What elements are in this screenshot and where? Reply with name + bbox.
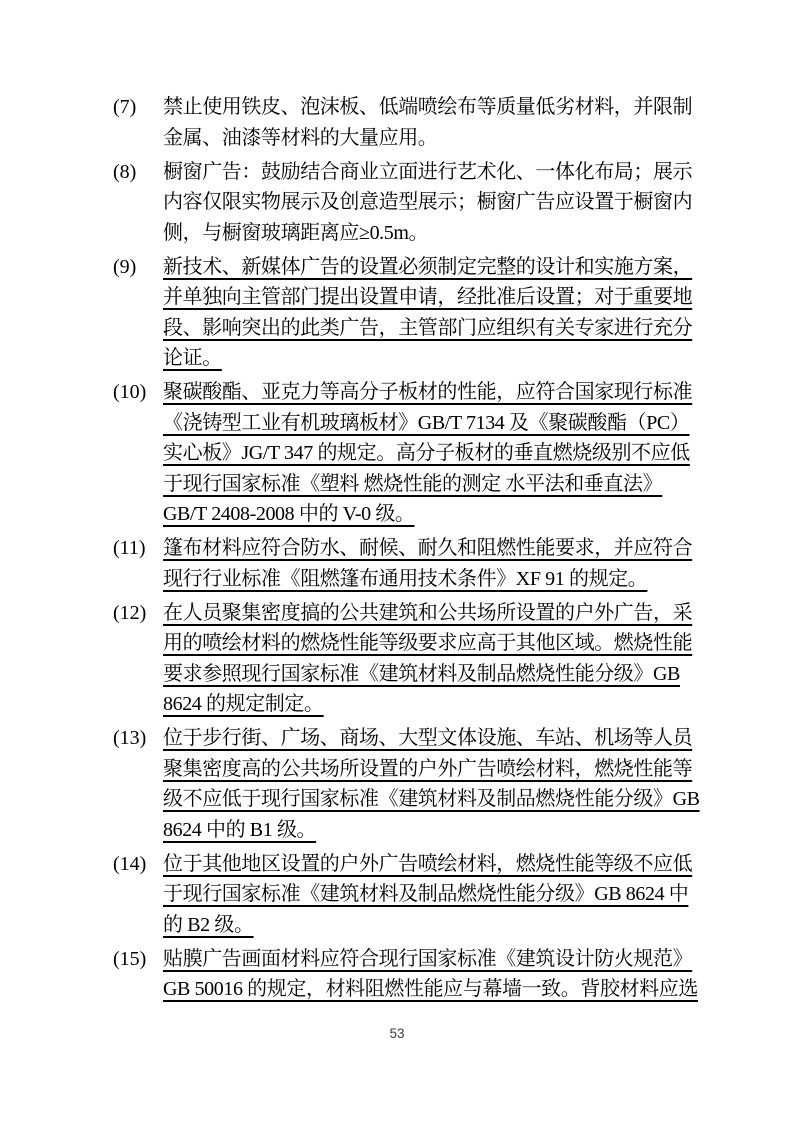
item-text: 贴膜广告画面材料应符合现行国家标准《建筑设计防火规范》GB 50016 的规定，… bbox=[163, 944, 693, 1005]
text-line: 橱窗广告：鼓励结合商业立面进行艺术化、一体化布局；展示 bbox=[163, 157, 693, 188]
text-line: 位于其他地区设置的户外广告喷绘材料，燃烧性能等级不应低 bbox=[163, 849, 693, 880]
text-line: GB 50016 的规定，材料阻燃性能应与幕墙一致。背胶材料应选 bbox=[163, 974, 693, 1005]
text-line: 于现行国家标准《塑料 燃烧性能的测定 水平法和垂直法》 bbox=[163, 469, 693, 500]
item-text: 橱窗广告：鼓励结合商业立面进行艺术化、一体化布局；展示内容仅限实物展示及创意造型… bbox=[163, 157, 693, 249]
text-line: 聚集密度高的公共场所设置的户外广告喷绘材料，燃烧性能等 bbox=[163, 754, 693, 785]
text-line: 《浇铸型工业有机玻璃板材》GB/T 7134 及《聚碳酸酯（PC） bbox=[163, 408, 693, 439]
text-line: 的 B2 级。 bbox=[163, 910, 693, 941]
text-line: 篷布材料应符合防水、耐候、耐久和阻燃性能要求，并应符合 bbox=[163, 533, 693, 564]
text-line: 实心板》JG/T 347 的规定。高分子板材的垂直燃烧级别不应低 bbox=[163, 438, 693, 469]
item-text: 位于其他地区设置的户外广告喷绘材料，燃烧性能等级不应低于现行国家标准《建筑材料及… bbox=[163, 849, 693, 941]
item-number: (11) bbox=[113, 533, 163, 564]
page-number: 53 bbox=[0, 1026, 794, 1041]
text-line: 8624 中的 B1 级。 bbox=[163, 815, 693, 846]
text-line: 贴膜广告画面材料应符合现行国家标准《建筑设计防火规范》 bbox=[163, 944, 693, 975]
item-number: (13) bbox=[113, 723, 163, 754]
items-list: (7)禁止使用铁皮、泡沫板、低端喷绘布等质量低劣材料，并限制金属、油漆等材料的大… bbox=[113, 92, 693, 1008]
text-line: 用的喷绘材料的燃烧性能等级要求应高于其他区域。燃烧性能 bbox=[163, 628, 693, 659]
item-number: (9) bbox=[113, 252, 163, 283]
list-item: (11)篷布材料应符合防水、耐候、耐久和阻燃性能要求，并应符合现行行业标准《阻燃… bbox=[113, 533, 693, 594]
item-text: 新技术、新媒体广告的设置必须制定完整的设计和实施方案，并单独向主管部门提出设置申… bbox=[163, 252, 693, 374]
item-number: (8) bbox=[113, 157, 163, 188]
item-number: (10) bbox=[113, 377, 163, 408]
text-line: 于现行国家标准《建筑材料及制品燃烧性能分级》GB 8624 中 bbox=[163, 879, 693, 910]
text-line: 新技术、新媒体广告的设置必须制定完整的设计和实施方案， bbox=[163, 252, 693, 283]
item-text: 聚碳酸酯、亚克力等高分子板材的性能，应符合国家现行标准《浇铸型工业有机玻璃板材》… bbox=[163, 377, 693, 530]
text-line: 段、影响突出的此类广告，主管部门应组织有关专家进行充分 bbox=[163, 313, 693, 344]
list-item: (10)聚碳酸酯、亚克力等高分子板材的性能，应符合国家现行标准《浇铸型工业有机玻… bbox=[113, 377, 693, 530]
text-line: 禁止使用铁皮、泡沫板、低端喷绘布等质量低劣材料，并限制 bbox=[163, 92, 693, 123]
list-item: (8)橱窗广告：鼓励结合商业立面进行艺术化、一体化布局；展示内容仅限实物展示及创… bbox=[113, 157, 693, 249]
document-page: (7)禁止使用铁皮、泡沫板、低端喷绘布等质量低劣材料，并限制金属、油漆等材料的大… bbox=[0, 0, 794, 1122]
list-item: (9)新技术、新媒体广告的设置必须制定完整的设计和实施方案，并单独向主管部门提出… bbox=[113, 252, 693, 374]
list-item: (13)位于步行街、广场、商场、大型文体设施、车站、机场等人员聚集密度高的公共场… bbox=[113, 723, 693, 845]
item-number: (15) bbox=[113, 944, 163, 975]
item-text: 位于步行街、广场、商场、大型文体设施、车站、机场等人员聚集密度高的公共场所设置的… bbox=[163, 723, 693, 845]
text-line: 在人员聚集密度搞的公共建筑和公共场所设置的户外广告，采 bbox=[163, 598, 693, 629]
text-line: 位于步行街、广场、商场、大型文体设施、车站、机场等人员 bbox=[163, 723, 693, 754]
item-text: 禁止使用铁皮、泡沫板、低端喷绘布等质量低劣材料，并限制金属、油漆等材料的大量应用… bbox=[163, 92, 693, 153]
text-line: 论证。 bbox=[163, 343, 693, 374]
list-item: (7)禁止使用铁皮、泡沫板、低端喷绘布等质量低劣材料，并限制金属、油漆等材料的大… bbox=[113, 92, 693, 153]
item-text: 在人员聚集密度搞的公共建筑和公共场所设置的户外广告，采用的喷绘材料的燃烧性能等级… bbox=[163, 598, 693, 720]
list-item: (12)在人员聚集密度搞的公共建筑和公共场所设置的户外广告，采用的喷绘材料的燃烧… bbox=[113, 598, 693, 720]
list-item: (14)位于其他地区设置的户外广告喷绘材料，燃烧性能等级不应低于现行国家标准《建… bbox=[113, 849, 693, 941]
text-line: 现行行业标准《阻燃篷布通用技术条件》XF 91 的规定。 bbox=[163, 564, 693, 595]
item-text: 篷布材料应符合防水、耐候、耐久和阻燃性能要求，并应符合现行行业标准《阻燃篷布通用… bbox=[163, 533, 693, 594]
item-number: (14) bbox=[113, 849, 163, 880]
text-line: 侧，与橱窗玻璃距离应≥0.5m。 bbox=[163, 218, 693, 249]
text-line: 金属、油漆等材料的大量应用。 bbox=[163, 123, 693, 154]
text-line: 8624 的规定制定。 bbox=[163, 689, 693, 720]
list-item: (15)贴膜广告画面材料应符合现行国家标准《建筑设计防火规范》GB 50016 … bbox=[113, 944, 693, 1005]
item-number: (7) bbox=[113, 92, 163, 123]
text-line: 聚碳酸酯、亚克力等高分子板材的性能，应符合国家现行标准 bbox=[163, 377, 693, 408]
text-line: 要求参照现行国家标准《建筑材料及制品燃烧性能分级》GB bbox=[163, 659, 693, 690]
text-line: 并单独向主管部门提出设置申请，经批准后设置；对于重要地 bbox=[163, 282, 693, 313]
text-line: GB/T 2408-2008 中的 V-0 级。 bbox=[163, 499, 693, 530]
text-line: 级不应低于现行国家标准《建筑材料及制品燃烧性能分级》GB bbox=[163, 784, 693, 815]
item-number: (12) bbox=[113, 598, 163, 629]
text-line: 内容仅限实物展示及创意造型展示；橱窗广告应设置于橱窗内 bbox=[163, 187, 693, 218]
